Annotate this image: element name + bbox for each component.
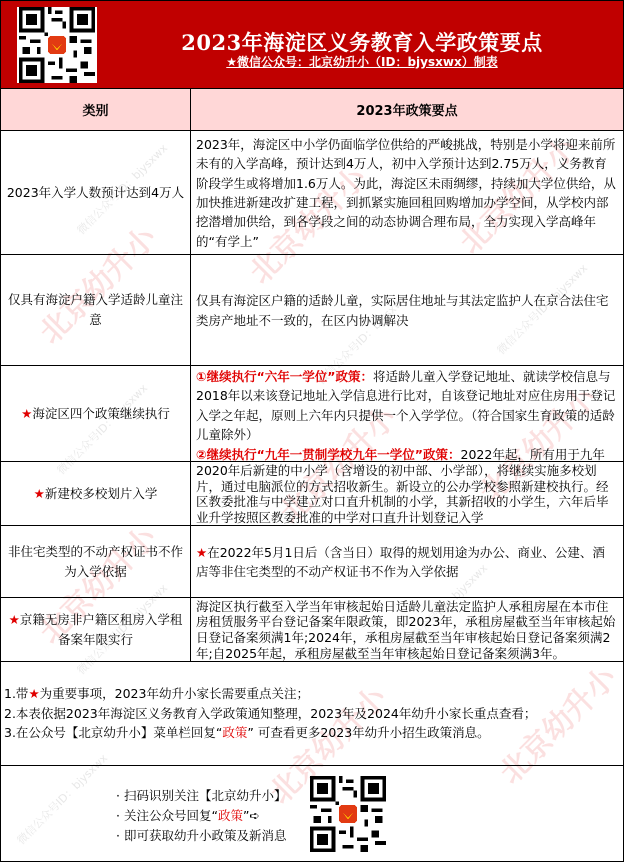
policy-item-1: ①继续执行“六年一学位”政策：将适龄儿童入学登记地址、就读学校信息与2018年以… — [196, 367, 617, 445]
row-content: 2020年后新建的中小学（含增设的初中部、小学部），将继续实施多校划片，通过电脑… — [192, 462, 623, 525]
row-content: 仅具有海淀区户籍的适龄儿童，实际居住地址与其法定监护人在京合法住宅类房产地址不一… — [192, 255, 623, 365]
row-category: ★京籍无房非户籍区租房入学租备案年限实行 — [1, 598, 191, 661]
arrow-right-icon: ”➪ — [243, 808, 260, 823]
column-header-category: 类别 — [1, 89, 191, 131]
content-text: 海淀区执行截至入学当年审核起始日适龄儿童法定监护人承租房屋在本市住房租赁服务平台… — [196, 599, 617, 661]
table-row: ★京籍无房非户籍区租房入学租备案年限实行 海淀区执行截至入学当年审核起始日适龄儿… — [1, 598, 623, 662]
row-category: 2023年入学人数预计达到4万人 — [1, 131, 191, 254]
star-icon: ★ — [9, 612, 20, 627]
policy-sheet: 北京幼升小 北京幼升小 北京幼升小 北京幼升小 北京幼升小 北京幼升小 北京幼升… — [0, 0, 624, 862]
category-text: 新建校多校划片入学 — [45, 486, 158, 501]
category-text: 非住宅类型的不动产权证书不作为入学依据 — [5, 542, 186, 582]
category-text: 海淀区四个政策继续执行 — [32, 406, 170, 421]
keyword: 政策 — [222, 725, 247, 740]
title-banner: 2023年海淀区义务教育入学政策要点 ★微信公众号：北京幼升小（ID：bjysx… — [1, 1, 623, 89]
star-icon: ★ — [21, 406, 32, 421]
footer-promo: · 扫码识别关注【北京幼升小】 · 关注公众号回复“政策”➪ · 即可获取幼升小… — [1, 766, 623, 861]
category-text: 仅具有海淀户籍入学适龄儿童注意 — [5, 290, 186, 330]
policy-title: ②继续执行“九年一贯制学校九年一学位”政策： — [196, 447, 461, 461]
note-text: 3.在公众号【北京幼升小】菜单栏回复“ — [4, 725, 222, 740]
row-category: ★新建校多校划片入学 — [1, 462, 191, 525]
row-content: ①继续执行“六年一学位”政策：将适龄儿童入学登记地址、就读学校信息与2018年以… — [192, 366, 623, 461]
table-row: 仅具有海淀户籍入学适龄儿童注意 仅具有海淀区户籍的适龄儿童，实际居住地址与其法定… — [1, 255, 623, 366]
policy-title: ①继续执行“六年一学位”政策： — [196, 369, 373, 384]
row-category: ★海淀区四个政策继续执行 — [1, 366, 191, 461]
notes-section: 1.带★为重要事项，2023年幼升小家长需要重点关注； 2.本表依据2023年海… — [1, 662, 623, 766]
row-category: 非住宅类型的不动产权证书不作为入学依据 — [1, 526, 191, 597]
content-text: 2023年，海淀区中小学仍面临学位供给的严峻挑战，特别是小学将迎来前所未有的入学… — [196, 135, 617, 251]
footer-line: · 关注公众号回复“政策”➪ — [116, 806, 286, 826]
policy-item-2: ②继续执行“九年一贯制学校九年一学位”政策：2022年起，所有用于九年一贯制学校… — [196, 445, 617, 461]
qr-code-icon[interactable] — [310, 776, 386, 852]
category-text: 京籍无房非户籍区租房入学租备案年限实行 — [20, 612, 183, 647]
keyword: 政策 — [218, 808, 243, 823]
column-header-policy: 2023年政策要点 — [191, 89, 623, 131]
table-row: 非住宅类型的不动产权证书不作为入学依据 ★在2022年5月1日后（含当日）取得的… — [1, 526, 623, 598]
footer-line-text: · 关注公众号回复“ — [116, 808, 218, 823]
star-icon: ★ — [28, 686, 39, 701]
category-text: 2023年入学人数预计达到4万人 — [7, 183, 184, 203]
row-content: 海淀区执行截至入学当年审核起始日适龄儿童法定监护人承租房屋在本市住房租赁服务平台… — [192, 598, 623, 661]
content-text: 在2022年5月1日后（含当日）取得的规划用途为办公、商业、公建、酒店等非住宅类… — [196, 545, 605, 579]
content-text: 仅具有海淀区户籍的适龄儿童，实际居住地址与其法定监护人在京合法住宅类房产地址不一… — [196, 291, 617, 330]
note-text: 为重要事项，2023年幼升小家长需要重点关注； — [40, 686, 309, 701]
note-3: 3.在公众号【北京幼升小】菜单栏回复“政策” 可查看更多2023年幼升小招生政策… — [4, 723, 623, 743]
row-content: ★在2022年5月1日后（含当日）取得的规划用途为办公、商业、公建、酒店等非住宅… — [192, 526, 623, 597]
row-content: 2023年，海淀区中小学仍面临学位供给的严峻挑战，特别是小学将迎来前所未有的入学… — [192, 131, 623, 254]
qr-code-icon[interactable] — [17, 7, 97, 83]
star-icon: ★ — [196, 545, 207, 560]
subtitle-link[interactable]: ★微信公众号：北京幼升小（ID：bjysxwx）制表 — [101, 53, 623, 70]
note-text: 1.带 — [4, 686, 28, 701]
table-row: ★新建校多校划片入学 2020年后新建的中小学（含增设的初中部、小学部），将继续… — [1, 462, 623, 526]
footer-line: · 扫码识别关注【北京幼升小】 — [116, 786, 286, 806]
row-category: 仅具有海淀户籍入学适龄儿童注意 — [1, 255, 191, 365]
footer-text: · 扫码识别关注【北京幼升小】 · 关注公众号回复“政策”➪ · 即可获取幼升小… — [116, 786, 286, 846]
note-1: 1.带★为重要事项，2023年幼升小家长需要重点关注； — [4, 684, 623, 704]
table-row: 2023年入学人数预计达到4万人 2023年，海淀区中小学仍面临学位供给的严峻挑… — [1, 131, 623, 255]
table-row: ★海淀区四个政策继续执行 ①继续执行“六年一学位”政策：将适龄儿童入学登记地址、… — [1, 366, 623, 462]
note-text: ” 可查看更多2023年幼升小招生政策消息。 — [247, 725, 489, 740]
star-icon: ★ — [34, 486, 45, 501]
note-2: 2.本表依据2023年海淀区义务教育入学政策通知整理，2023年及2024年幼升… — [4, 704, 623, 724]
content-text: 2020年后新建的中小学（含增设的初中部、小学部），将继续实施多校划片，通过电脑… — [196, 463, 617, 525]
footer-line: · 即可获取幼升小政策及新消息 — [116, 826, 286, 846]
